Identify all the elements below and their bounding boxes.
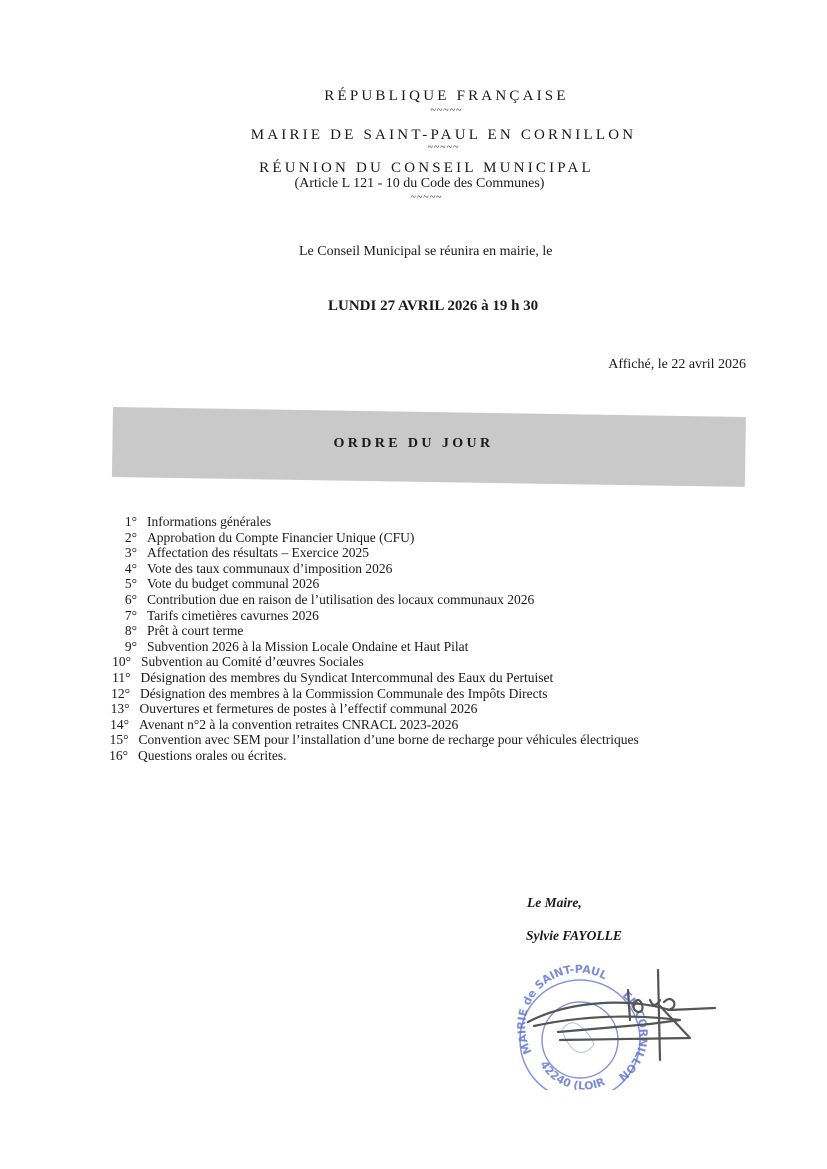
signature-name: Sylvie FAYOLLE <box>526 928 622 944</box>
signature-role: Le Maire, <box>527 895 582 911</box>
agenda-item-text: Contribution due en raison de l’utilisat… <box>147 592 534 608</box>
header-republique: RÉPUBLIQUE FRANÇAISE <box>33 88 827 105</box>
agenda-item-text: Subvention au Comité d’œuvres Sociales <box>141 654 364 670</box>
agenda-item: 16°Questions orales ou écrites. <box>94 748 638 764</box>
agenda-item-text: Approbation du Compte Financier Unique (… <box>147 530 414 546</box>
posted-date: Affiché, le 22 avril 2026 <box>608 357 746 373</box>
handwritten-signature <box>528 970 715 1060</box>
agenda-item: 9°Subvention 2026 à la Mission Locale On… <box>103 639 647 655</box>
agenda-item-number: 8° <box>103 623 147 639</box>
header-article: (Article L 121 - 10 du Code des Communes… <box>6 176 827 192</box>
agenda-item-text: Tarifs cimetières cavurnes 2026 <box>147 608 319 624</box>
agenda-item: 14°Avenant n°2 à la convention retraites… <box>95 717 639 733</box>
header-separator: ~~~~~ <box>30 142 827 153</box>
agenda-item: 3°Affectation des résultats – Exercice 2… <box>103 545 647 561</box>
agenda-item-number: 12° <box>96 686 140 702</box>
agenda-item-number: 6° <box>103 592 147 608</box>
header-reunion: RÉUNION DU CONSEIL MUNICIPAL <box>13 160 827 177</box>
agenda-item-text: Vote du budget communal 2026 <box>147 576 319 592</box>
agenda-item-text: Vote des taux communaux d’imposition 202… <box>147 561 392 577</box>
agenda-item-text: Subvention 2026 à la Mission Locale Onda… <box>147 639 468 655</box>
agenda-item: 8°Prêt à court terme <box>103 623 647 639</box>
agenda-item-text: Ouvertures et fermetures de postes à l’e… <box>140 701 478 717</box>
agenda-item-text: Prêt à court terme <box>147 623 243 639</box>
document-page: RÉPUBLIQUE FRANÇAISE ~~~~~ MAIRIE DE SAI… <box>0 0 827 1169</box>
agenda-item: 4°Vote des taux communaux d’imposition 2… <box>103 561 647 577</box>
agenda-item-number: 11° <box>97 670 141 686</box>
agenda-item: 12°Désignation des membres à la Commissi… <box>96 686 640 702</box>
agenda-item: 1°Informations générales <box>103 514 647 530</box>
agenda-item-text: Désignation des membres du Syndicat Inte… <box>141 670 554 686</box>
agenda-item-number: 9° <box>103 639 147 655</box>
agenda-item-number: 2° <box>103 530 147 546</box>
agenda-item-number: 5° <box>103 576 147 592</box>
agenda-item-number: 13° <box>96 701 140 717</box>
agenda-item-number: 15° <box>95 732 139 748</box>
agenda-item: 2°Approbation du Compte Financier Unique… <box>103 530 647 546</box>
intro-text: Le Conseil Municipal se réunira en mairi… <box>299 244 552 260</box>
official-stamp-and-signature: MAIRIE de SAINT-PAUL EN CORNILLON 42240 … <box>510 960 740 1090</box>
agenda-item-number: 4° <box>103 561 147 577</box>
agenda-item: 6°Contribution due en raison de l’utilis… <box>103 592 647 608</box>
agenda-item-number: 1° <box>103 514 147 530</box>
agenda-item-text: Informations générales <box>147 514 271 530</box>
agenda-title: ORDRE DU JOUR <box>0 436 827 452</box>
agenda-item-number: 10° <box>97 654 141 670</box>
agenda-item: 5°Vote du budget communal 2026 <box>103 576 647 592</box>
agenda-item-number: 16° <box>94 748 138 764</box>
header-separator: ~~~~~ <box>33 105 827 116</box>
agenda-item-number: 3° <box>103 545 147 561</box>
agenda-item: 15°Convention avec SEM pour l’installati… <box>95 732 639 748</box>
agenda-item-text: Désignation des membres à la Commission … <box>140 686 548 702</box>
meeting-date: LUNDI 27 AVRIL 2026 à 19 h 30 <box>328 298 538 315</box>
agenda-list: 1°Informations générales2°Approbation du… <box>103 514 647 764</box>
header-separator: ~~~~~ <box>13 192 827 203</box>
agenda-item-text: Affectation des résultats – Exercice 202… <box>147 545 369 561</box>
agenda-item: 13°Ouvertures et fermetures de postes à … <box>96 701 640 717</box>
agenda-item-number: 14° <box>95 717 139 733</box>
agenda-item-number: 7° <box>103 608 147 624</box>
agenda-item-text: Avenant n°2 à la convention retraites CN… <box>139 717 458 733</box>
agenda-item: 7°Tarifs cimetières cavurnes 2026 <box>103 608 647 624</box>
agenda-item-text: Questions orales ou écrites. <box>138 748 286 764</box>
agenda-item-text: Convention avec SEM pour l’installation … <box>139 732 639 748</box>
agenda-item: 10°Subvention au Comité d’œuvres Sociale… <box>97 654 641 670</box>
agenda-item: 11°Désignation des membres du Syndicat I… <box>97 670 641 686</box>
